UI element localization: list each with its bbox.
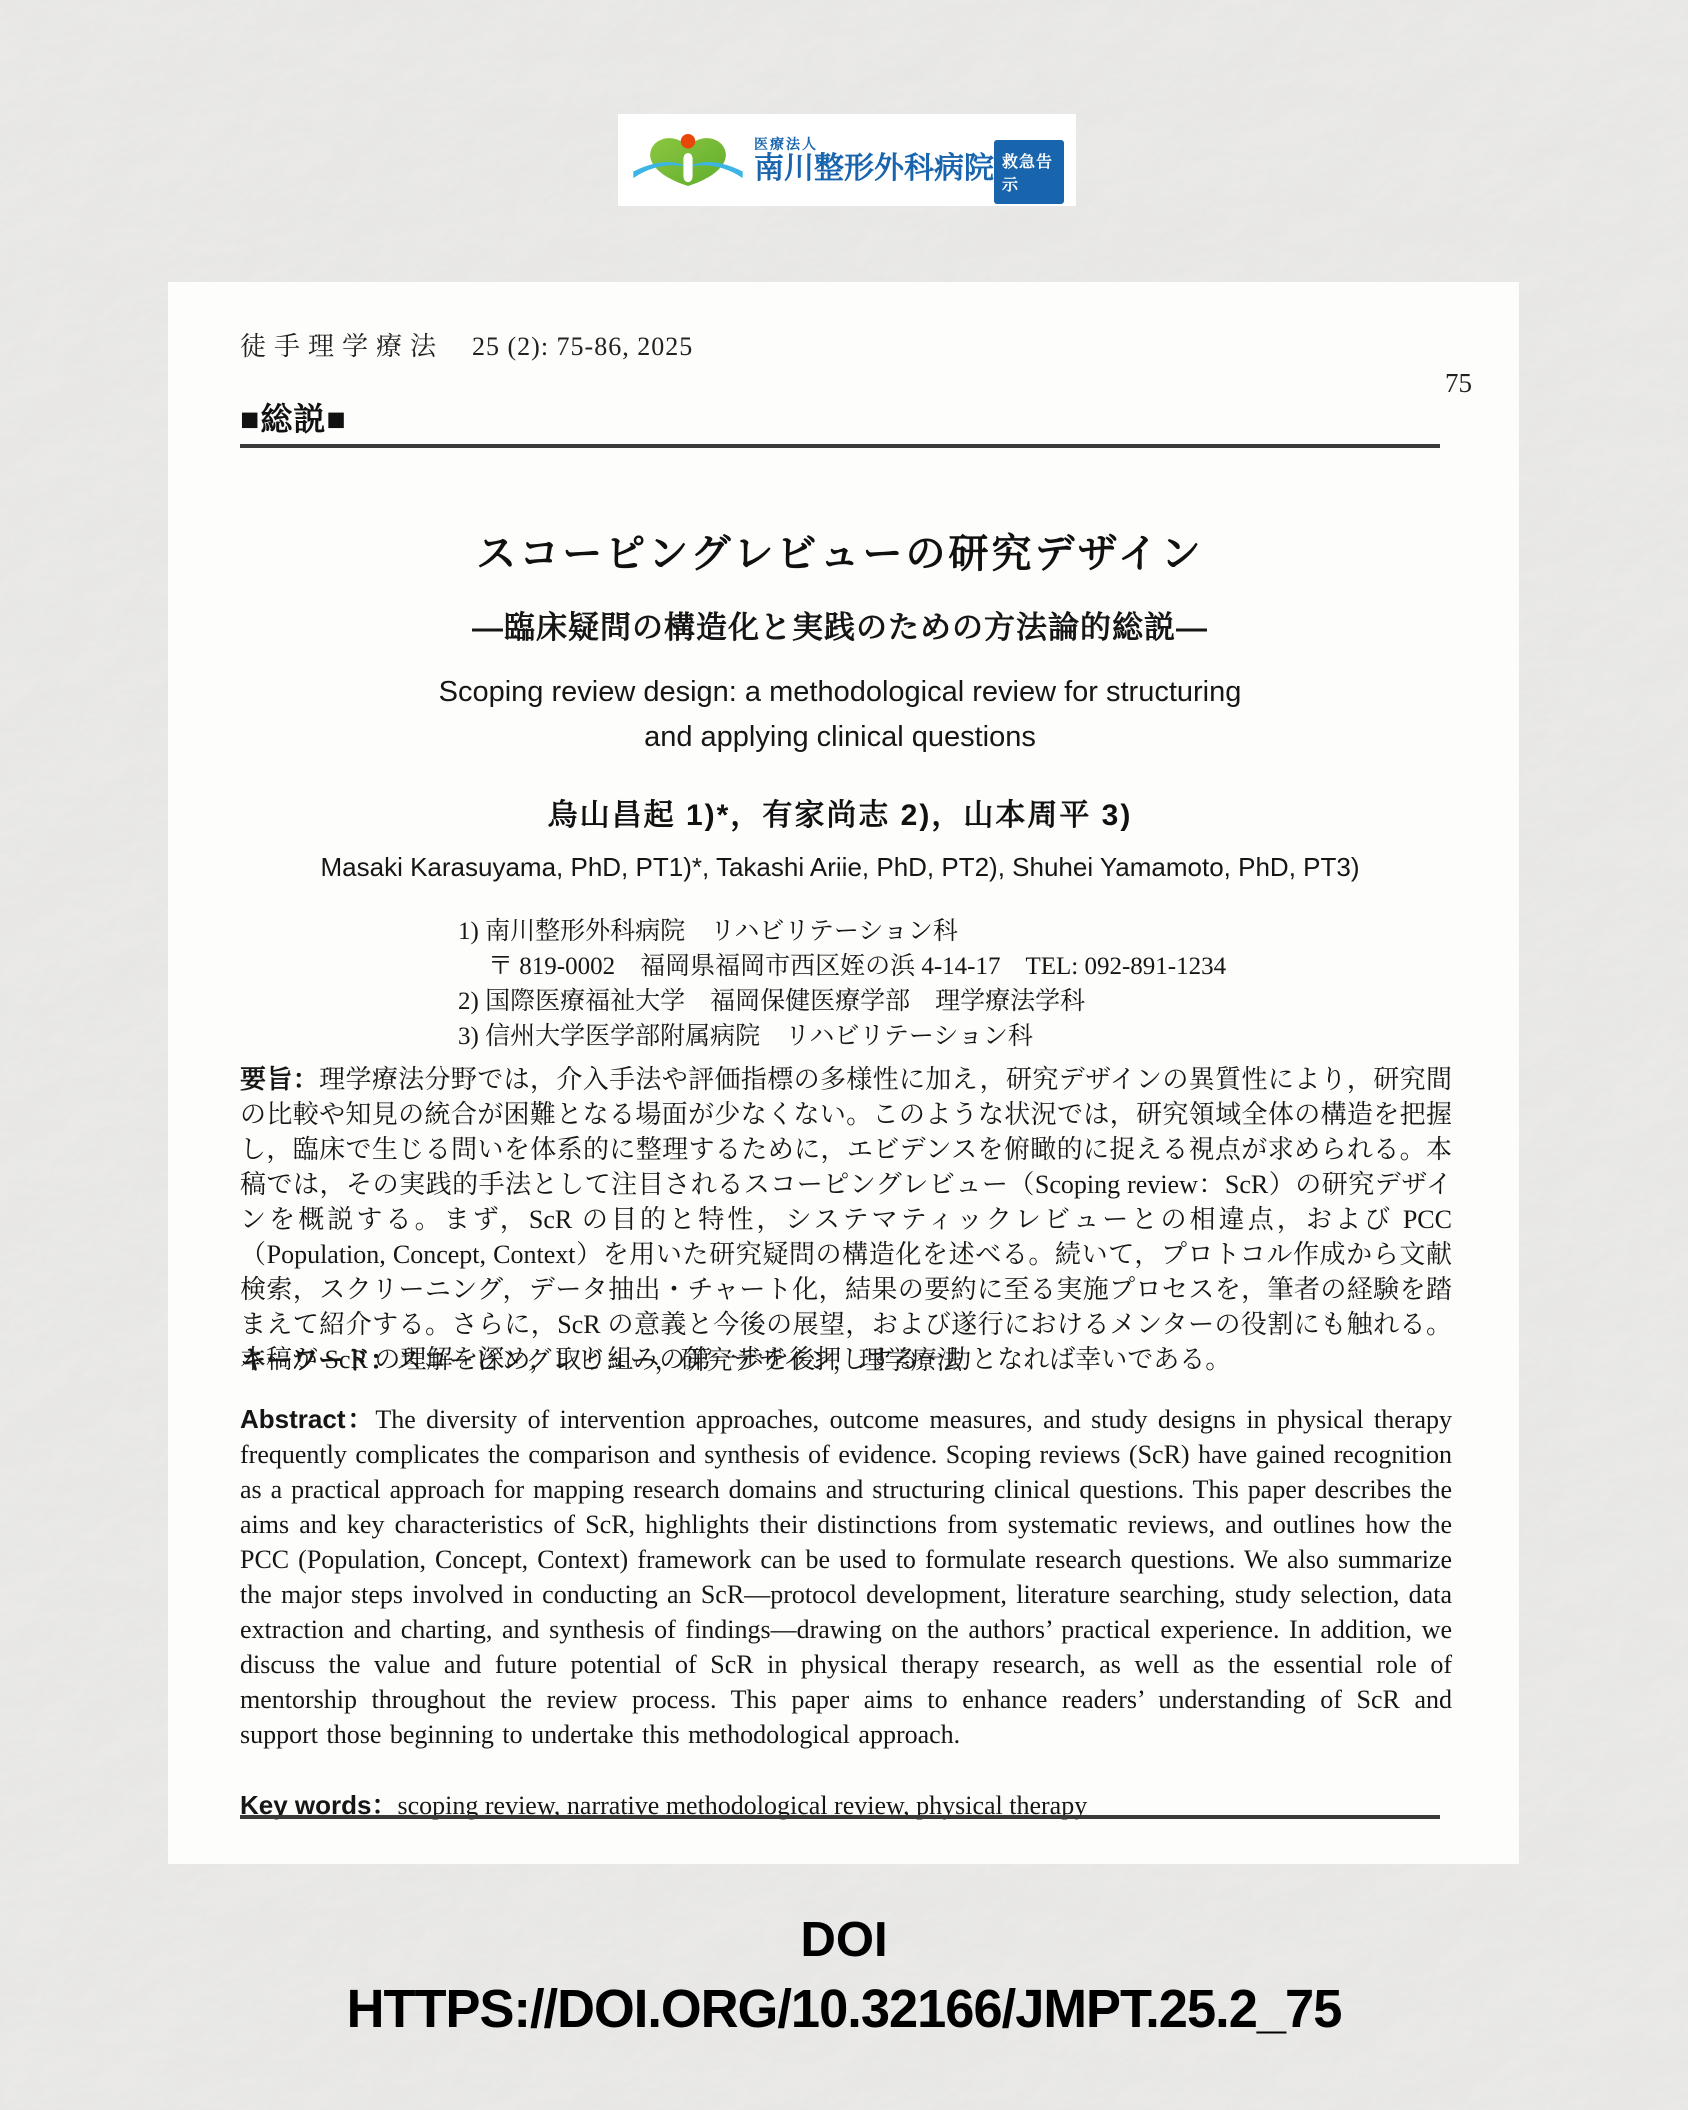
abstract-ja-label: 要旨：	[240, 1064, 319, 1094]
article-subtitle-ja: ―臨床疑問の構造化と実践のための方法論的総説―	[240, 602, 1440, 647]
doi-label: DOI	[0, 1912, 1688, 1968]
emergency-badge: 救急告示	[994, 140, 1064, 204]
keywords-ja-text: スコーピングレビュー，研究デザイン，理学療法	[396, 1346, 963, 1375]
article-page: 徒手理学療法25 (2): 75-86, 2025 75 ■総説■ スコーピング…	[168, 282, 1519, 1864]
page-number: 75	[1445, 368, 1472, 399]
hospital-logo-banner: 医療法人 南川整形外科病院 救急告示	[618, 114, 1076, 206]
article-title-en-line1: Scoping review design: a methodological …	[240, 670, 1440, 715]
hospital-logo-text: 医療法人 南川整形外科病院	[754, 137, 994, 184]
article-title-en: Scoping review design: a methodological …	[240, 670, 1440, 760]
section-label: ■総説■	[240, 394, 347, 440]
affiliation-3: 3) 信州大学医学部附属病院 リハビリテーション科	[458, 1019, 1418, 1054]
abstract-en-label: Abstract：	[240, 1404, 375, 1434]
article-title-en-line2: and applying clinical questions	[240, 715, 1440, 760]
abstract-en: Abstract：The diversity of intervention a…	[240, 1402, 1452, 1752]
hospital-logo-icon	[632, 128, 744, 194]
doi-url: HTTPS://DOI.ORG/10.32166/JMPT.25.2_75	[25, 1978, 1662, 2040]
affiliation-1: 1) 南川整形外科病院 リハビリテーション科	[458, 914, 1418, 949]
journal-header: 徒手理学療法25 (2): 75-86, 2025	[240, 326, 1440, 363]
doi-block: DOI HTTPS://DOI.ORG/10.32166/JMPT.25.2_7…	[0, 1912, 1688, 2040]
hospital-org-type: 医療法人	[754, 137, 994, 151]
authors-en: Masaki Karasuyama, PhD, PT1)*, Takashi A…	[240, 852, 1440, 883]
abstract-ja-text: 理学療法分野では，介入手法や評価指標の多様性に加え，研究デザインの異質性により，…	[240, 1065, 1452, 1374]
footer-rule	[240, 1815, 1440, 1819]
keywords-ja-label: キーワード：	[240, 1345, 396, 1375]
abstract-en-text: The diversity of intervention approaches…	[240, 1405, 1452, 1749]
abstract-ja: 要旨：理学療法分野では，介入手法や評価指標の多様性に加え，研究デザインの異質性に…	[240, 1062, 1452, 1377]
hospital-name: 南川整形外科病院	[754, 154, 994, 184]
article-title-ja: スコーピングレビューの研究デザイン	[240, 522, 1440, 579]
affiliations: 1) 南川整形外科病院 リハビリテーション科 〒 819-0002 福岡県福岡市…	[458, 914, 1418, 1054]
keywords-ja: キーワード：スコーピングレビュー，研究デザイン，理学療法	[240, 1340, 1452, 1377]
page-background: 医療法人 南川整形外科病院 救急告示 徒手理学療法25 (2): 75-86, …	[0, 0, 1688, 2110]
journal-issue: 25 (2): 75-86, 2025	[472, 332, 693, 361]
header-rule	[240, 444, 1440, 448]
affiliation-2: 2) 国際医療福祉大学 福岡保健医療学部 理学療法学科	[458, 984, 1418, 1019]
affiliation-1-address: 〒 819-0002 福岡県福岡市西区姪の浜 4-14-17 TEL: 092-…	[458, 949, 1418, 984]
journal-name: 徒手理学療法	[240, 332, 444, 361]
authors-ja: 烏山昌起 1)*，有家尚志 2)，山本周平 3)	[240, 790, 1440, 834]
